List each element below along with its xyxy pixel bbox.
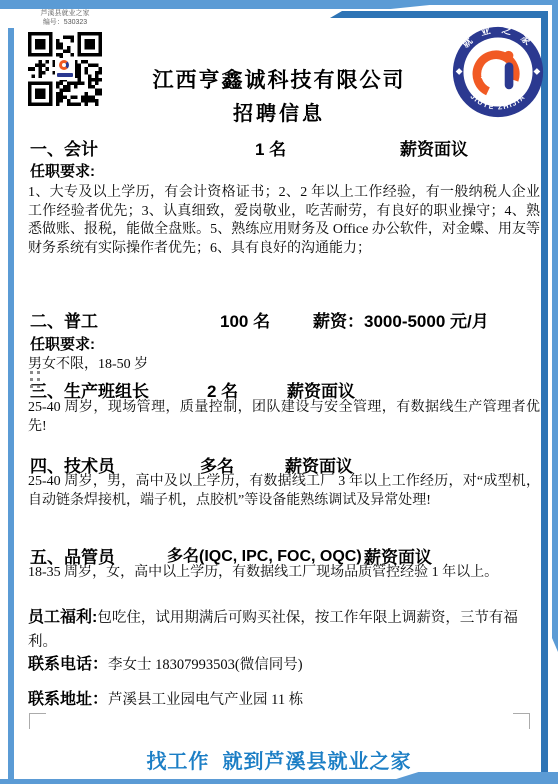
job-salary: 薪资面议 <box>400 135 468 160</box>
requirements-label: 任职要求: <box>30 333 95 354</box>
welfare-line: 员工福利:包吃住，试用期满后可购买社保，按工作年限上调薪资，三节有福利。 <box>28 607 540 654</box>
contact-address-label: 联系地址： <box>28 691 108 708</box>
job-row-line-leader: 三、生产班组长 2 名 薪资面议 <box>28 377 540 401</box>
left-border-strip <box>8 28 14 779</box>
margin-mark-left <box>29 713 46 729</box>
job-salary: 薪资：3000-5000 元/月 <box>313 307 489 332</box>
doc-title: 招聘信息 <box>0 97 558 126</box>
recruitment-flyer-page: 芦溪县就业之家 编号：530323 <box>0 0 558 784</box>
top-accent-band <box>0 0 558 9</box>
qr-caption-line1: 芦溪县就业之家 <box>24 9 106 18</box>
job-requirements: 男女不限，18-50 岁 <box>28 356 540 375</box>
contact-phone-line: 联系电话：李女士 18307993503(微信同号) <box>28 655 540 676</box>
contact-phone-value: 李女士 18307993503(微信同号) <box>108 657 303 673</box>
requirements-label: 任职要求: <box>30 160 95 181</box>
welfare-text: 包吃住，试用期满后可购买社保，按工作年限上调薪资，三节有福利。 <box>28 610 518 650</box>
job-requirements: 25-40 周岁，男，高中及以上学历，有数据线工厂 3 年以上工作经历，对“成型… <box>28 473 540 510</box>
qr-caption: 芦溪县就业之家 编号：530323 <box>24 9 106 27</box>
drag-handle-dots-icon <box>30 371 40 388</box>
contact-address-value: 芦溪县工业园电气产业园 11 栋 <box>108 692 303 708</box>
margin-mark-right <box>513 713 530 729</box>
job-headcount: 多名(IQC, IPC, FOC, OQC) <box>167 543 362 566</box>
qr-caption-line2: 编号：530323 <box>24 18 106 27</box>
job-title: 二、普工 <box>30 307 98 332</box>
job-requirements: 18-35 周岁，女，高中以上学历，有数据线工厂现场品质管控经验 1 年以上。 <box>28 564 540 583</box>
welfare-label: 员工福利: <box>28 609 97 626</box>
job-title: 一、会计 <box>30 135 98 160</box>
company-title: 江西亨鑫诚科技有限公司 <box>0 64 558 94</box>
contact-phone-label: 联系电话： <box>28 656 108 673</box>
footer-slogan: 找工作 就到芦溪县就业之家 <box>0 745 558 774</box>
top-border-dark <box>330 11 548 18</box>
job-row-general-worker: 二、普工 100 名 薪资：3000-5000 元/月 <box>28 307 540 331</box>
job-requirements: 25-40 周岁，现场管理，质量控制，团队建设与安全管理，有数据线生产管理者优先… <box>28 399 540 436</box>
job-headcount: 1 名 <box>255 135 286 160</box>
job-requirements: 1、大专及以上学历，有会计资格证书；2、2 年以上工作经验，有一般纳税人企业工作… <box>28 184 540 258</box>
job-row-accountant: 一、会计 1 名 薪资面议 <box>28 135 540 159</box>
job-headcount: 100 名 <box>220 307 270 332</box>
contact-address-line: 联系地址：芦溪县工业园电气产业园 11 栋 <box>28 690 540 711</box>
